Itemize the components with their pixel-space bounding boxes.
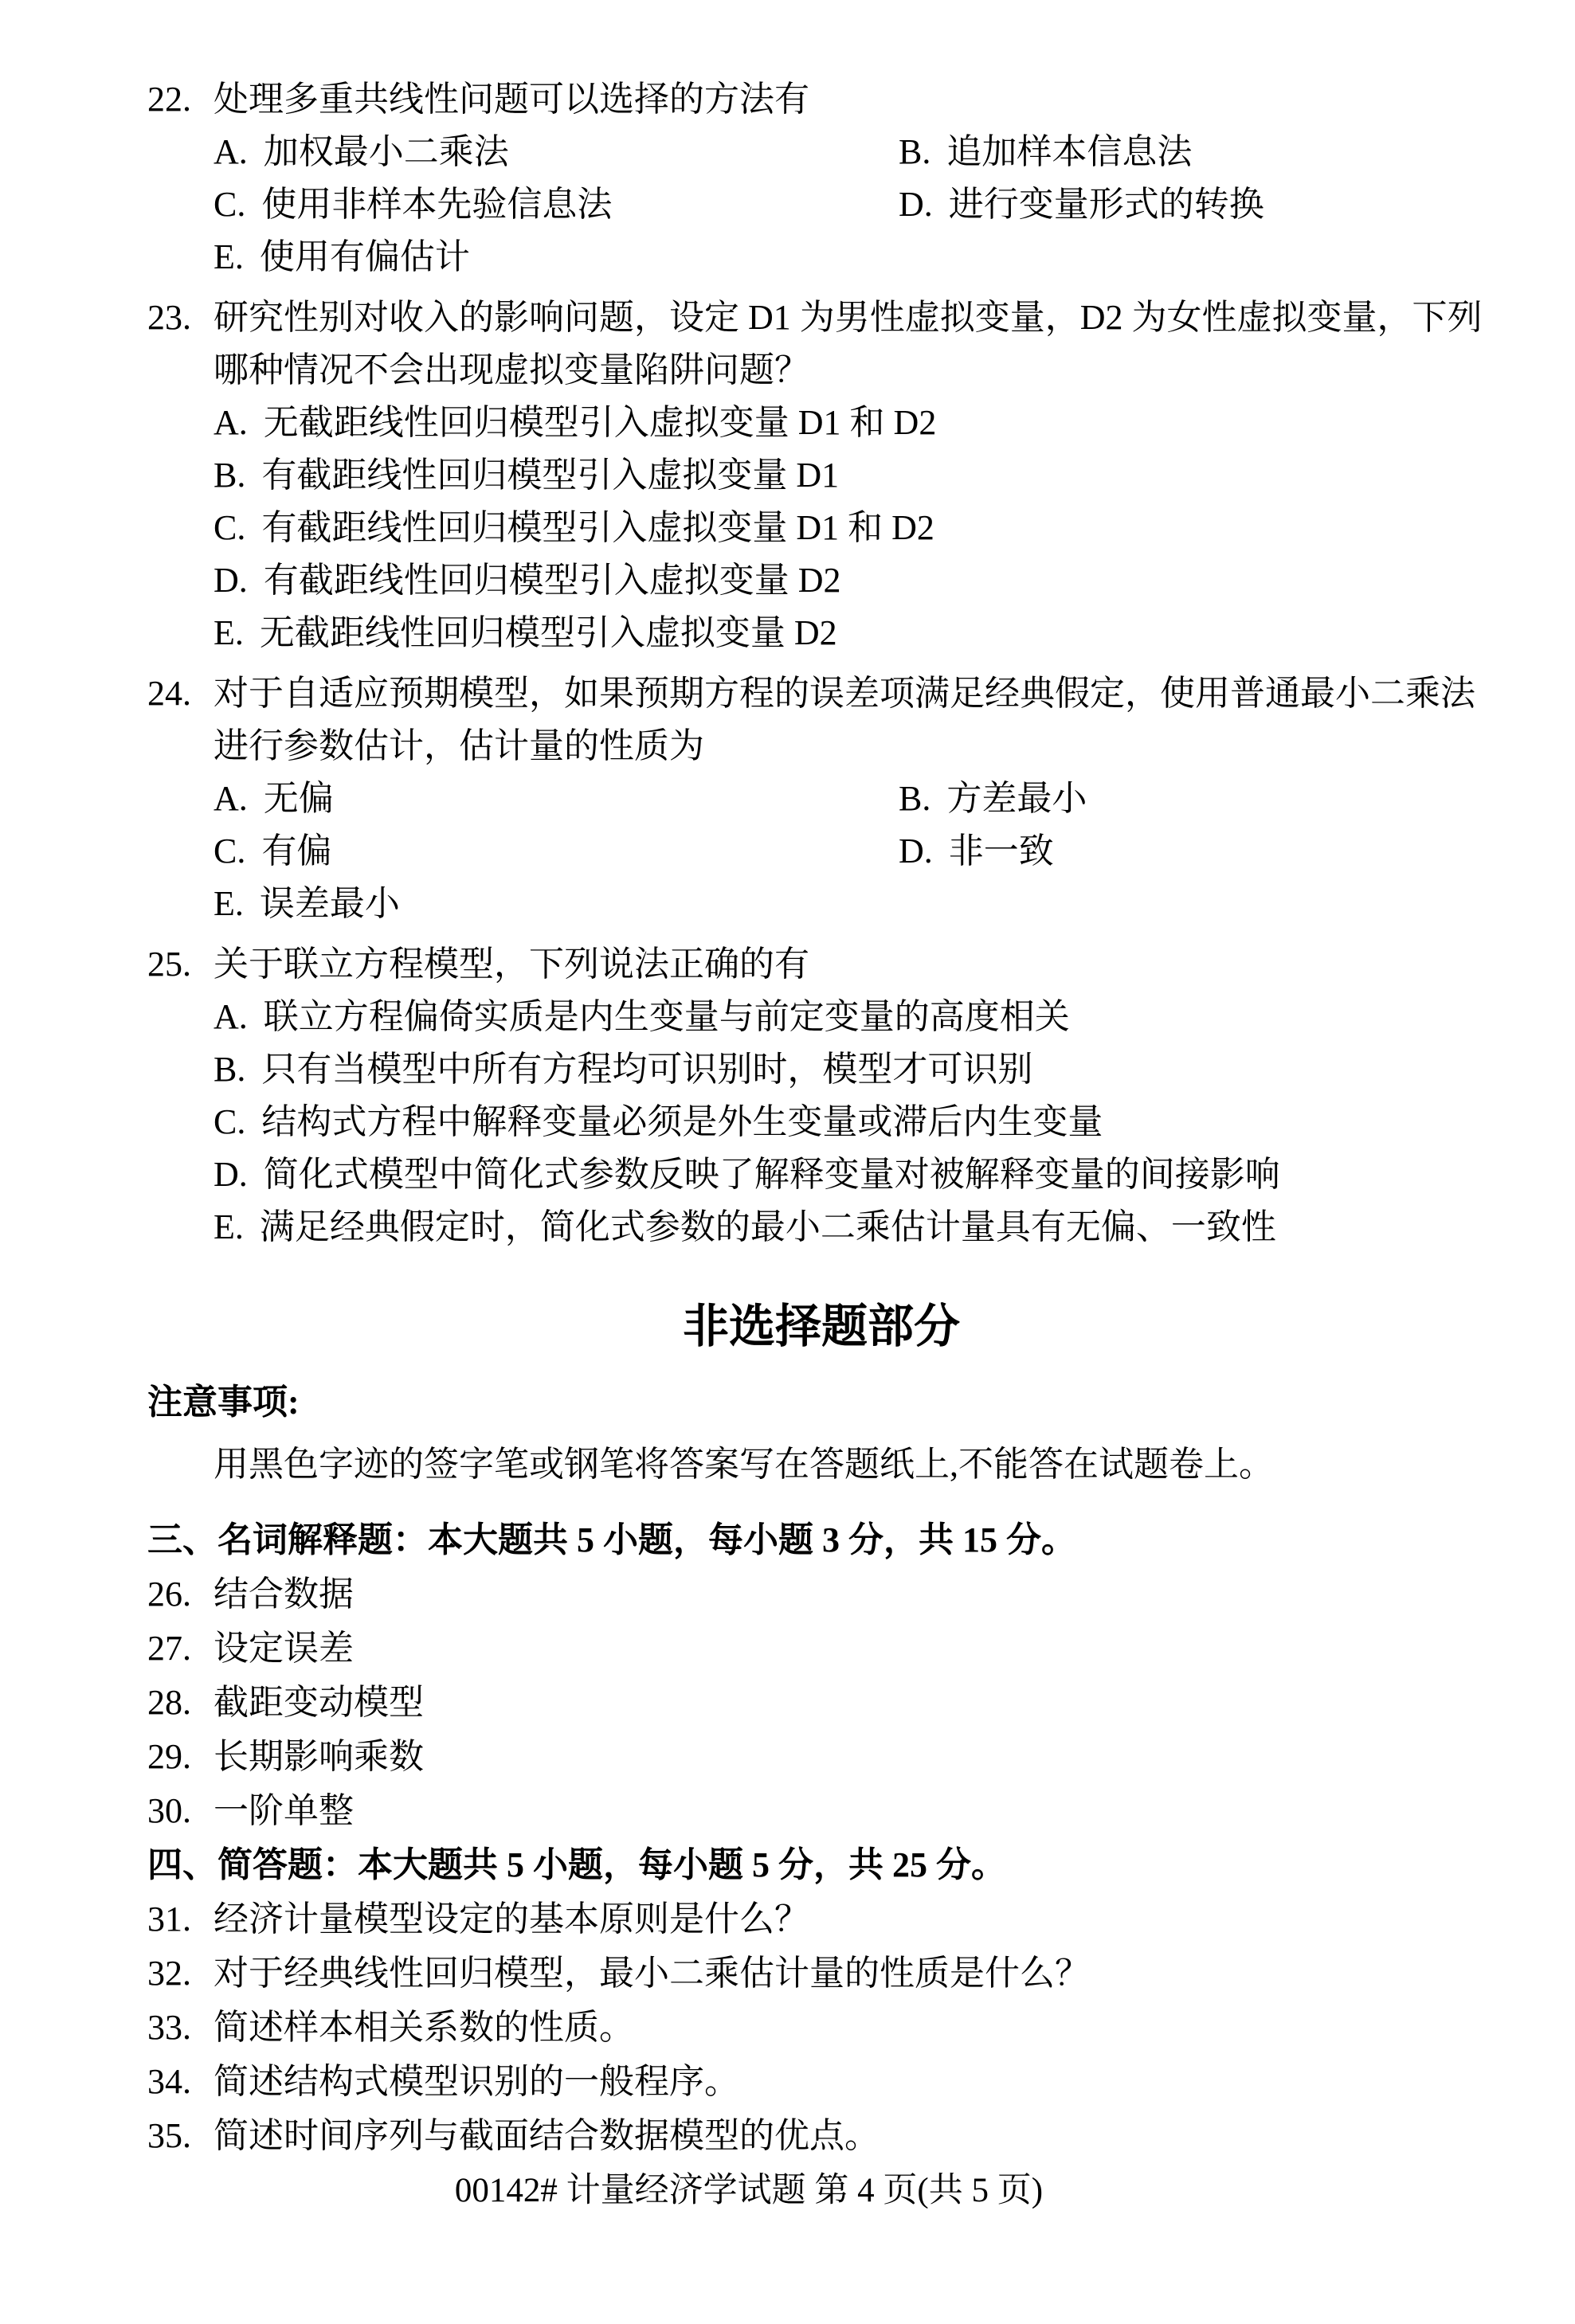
option-row: D. 有截距线性回归模型引入虚拟变量 D2 — [214, 554, 1495, 607]
option-label: A. — [214, 773, 248, 825]
list-item-34: 34. 简述结构式模型识别的一般程序。 — [147, 2055, 1495, 2109]
option-text: 加权最小二乘法 — [264, 126, 509, 178]
page-footer: 00142# 计量经济学试题 第 4 页(共 5 页) — [0, 2163, 1498, 2212]
list-item-32: 32. 对于经典线性回归模型，最小二乘估计量的性质是什么？ — [147, 1946, 1495, 2001]
option-text: 有截距线性回归模型引入虚拟变量 D2 — [264, 554, 841, 607]
option-text: 有截距线性回归模型引入虚拟变量 D1 — [261, 449, 839, 502]
option-row: C. 结构式方程中解释变量必须是外生变量或滞后内生变量 — [214, 1096, 1495, 1148]
option-d: D. 有截距线性回归模型引入虚拟变量 D2 — [214, 554, 841, 607]
question-number: 22. — [147, 73, 214, 126]
option-row: E. 误差最小 — [214, 878, 1495, 930]
option-row: C. 有偏 D. 非一致 — [214, 825, 1495, 878]
option-label: C. — [214, 178, 245, 231]
item-text: 设定误差 — [214, 1622, 354, 1676]
item-number: 31. — [147, 1892, 214, 1946]
option-text: 有偏 — [261, 825, 331, 878]
question-stem-line: 22. 处理多重共线性问题可以选择的方法有 — [147, 73, 1495, 126]
list-item-33: 33. 简述样本相关系数的性质。 — [147, 2001, 1495, 2055]
item-number: 27. — [147, 1622, 214, 1676]
option-a: A. 无截距线性回归模型引入虚拟变量 D1 和 D2 — [214, 397, 936, 449]
option-label: B. — [899, 773, 931, 825]
option-text: 有截距线性回归模型引入虚拟变量 D1 和 D2 — [261, 502, 934, 554]
option-label: E. — [214, 231, 244, 284]
option-row: A. 无截距线性回归模型引入虚拟变量 D1 和 D2 — [214, 397, 1495, 449]
item-text: 对于经典线性回归模型，最小二乘估计量的性质是什么？ — [214, 1946, 1090, 2001]
option-text: 简化式模型中简化式参数反映了解释变量对被解释变量的间接影响 — [264, 1148, 1280, 1201]
notes-title: 注意事项: — [147, 1376, 1495, 1429]
option-b: B. 有截距线性回归模型引入虚拟变量 D1 — [214, 449, 839, 502]
notes-body: 用黑色字迹的签字笔或钢笔将答案写在答题纸上,不能答在试题卷上。 — [214, 1438, 1495, 1491]
list-item-30: 30. 一阶单整 — [147, 1784, 1495, 1838]
option-text: 进行变量形式的转换 — [949, 178, 1264, 231]
option-row: E. 满足经典假定时，简化式参数的最小二乘估计量具有无偏、一致性 — [214, 1201, 1495, 1254]
question-number: 23. — [147, 291, 214, 344]
item-text: 截距变动模型 — [214, 1676, 424, 1730]
part3-section: 三、名词解释题：本大题共 5 小题，每小题 3 分，共 15 分。 26. 结合… — [147, 1513, 1495, 1838]
option-a: A. 联立方程偏倚实质是内生变量与前定变量的高度相关 — [214, 991, 1070, 1043]
question-23: 23. 研究性别对收入的影响问题，设定 D1 为男性虚拟变量，D2 为女性虚拟变… — [147, 291, 1495, 659]
option-text: 追加样本信息法 — [946, 126, 1192, 178]
option-b: B. 追加样本信息法 — [899, 126, 1192, 178]
item-number: 35. — [147, 2109, 214, 2163]
list-item-27: 27. 设定误差 — [147, 1622, 1495, 1676]
option-row: A. 联立方程偏倚实质是内生变量与前定变量的高度相关 — [214, 991, 1495, 1043]
option-text: 联立方程偏倚实质是内生变量与前定变量的高度相关 — [264, 991, 1070, 1043]
option-text: 使用有偏估计 — [260, 231, 470, 284]
item-text: 简述时间序列与截面结合数据模型的优点。 — [214, 2109, 880, 2163]
option-row: E. 使用有偏估计 — [214, 231, 1495, 284]
option-d: D. 进行变量形式的转换 — [899, 178, 1264, 231]
option-row: E. 无截距线性回归模型引入虚拟变量 D2 — [214, 607, 1495, 659]
list-item-35: 35. 简述时间序列与截面结合数据模型的优点。 — [147, 2109, 1495, 2163]
option-c: C. 使用非样本先验信息法 — [214, 178, 899, 231]
page-content: 22. 处理多重共线性问题可以选择的方法有 A. 加权最小二乘法 B. 追加样本… — [147, 73, 1495, 2163]
option-label: E. — [214, 1201, 244, 1254]
option-c: C. 结构式方程中解释变量必须是外生变量或滞后内生变量 — [214, 1096, 1103, 1148]
option-label: E. — [214, 878, 244, 930]
item-number: 29. — [147, 1730, 214, 1784]
option-label: D. — [899, 178, 933, 231]
question-stem-line: 进行参数估计，估计量的性质为 — [214, 720, 1495, 773]
option-label: C. — [214, 825, 245, 878]
option-label: B. — [214, 1043, 245, 1096]
part4-header: 四、简答题：本大题共 5 小题，每小题 5 分，共 25 分。 — [147, 1838, 1495, 1892]
option-row: B. 只有当模型中所有方程均可识别时，模型才可识别 — [214, 1043, 1495, 1096]
option-row: A. 加权最小二乘法 B. 追加样本信息法 — [214, 126, 1495, 178]
option-label: A. — [214, 397, 248, 449]
item-number: 34. — [147, 2055, 214, 2109]
option-row: C. 使用非样本先验信息法 D. 进行变量形式的转换 — [214, 178, 1495, 231]
item-number: 32. — [147, 1946, 214, 2001]
option-row: A. 无偏 B. 方差最小 — [214, 773, 1495, 825]
option-row: C. 有截距线性回归模型引入虚拟变量 D1 和 D2 — [214, 502, 1495, 554]
option-d: D. 非一致 — [899, 825, 1054, 878]
option-text: 无偏 — [264, 773, 334, 825]
list-item-26: 26. 结合数据 — [147, 1567, 1495, 1622]
question-25: 25. 关于联立方程模型，下列说法正确的有 A. 联立方程偏倚实质是内生变量与前… — [147, 938, 1495, 1254]
item-text: 一阶单整 — [214, 1784, 354, 1838]
option-label: D. — [214, 1148, 248, 1201]
item-text: 简述结构式模型识别的一般程序。 — [214, 2055, 739, 2109]
option-b: B. 方差最小 — [899, 773, 1087, 825]
part3-header: 三、名词解释题：本大题共 5 小题，每小题 3 分，共 15 分。 — [147, 1513, 1495, 1567]
option-row: D. 简化式模型中简化式参数反映了解释变量对被解释变量的间接影响 — [214, 1148, 1495, 1201]
option-e: E. 误差最小 — [214, 878, 400, 930]
option-text: 满足经典假定时，简化式参数的最小二乘估计量具有无偏、一致性 — [260, 1201, 1276, 1254]
question-stem: 研究性别对收入的影响问题，设定 D1 为男性虚拟变量，D2 为女性虚拟变量，下列 — [214, 291, 1483, 344]
option-text: 使用非样本先验信息法 — [261, 178, 612, 231]
question-24: 24. 对于自适应预期模型，如果预期方程的误差项满足经典假定，使用普通最小二乘法… — [147, 667, 1495, 930]
question-stem: 关于联立方程模型，下列说法正确的有 — [214, 938, 809, 991]
exam-page: 22. 处理多重共线性问题可以选择的方法有 A. 加权最小二乘法 B. 追加样本… — [0, 0, 1575, 2324]
item-text: 结合数据 — [214, 1567, 354, 1622]
option-text: 非一致 — [949, 825, 1054, 878]
item-number: 30. — [147, 1784, 214, 1838]
question-stem: 对于自适应预期模型，如果预期方程的误差项满足经典假定，使用普通最小二乘法 — [214, 667, 1475, 720]
question-number: 25. — [147, 938, 214, 991]
question-stem: 处理多重共线性问题可以选择的方法有 — [214, 73, 809, 126]
option-c: C. 有偏 — [214, 825, 899, 878]
option-e: E. 使用有偏估计 — [214, 231, 470, 284]
item-number: 26. — [147, 1567, 214, 1622]
item-number: 28. — [147, 1676, 214, 1730]
option-row: B. 有截距线性回归模型引入虚拟变量 D1 — [214, 449, 1495, 502]
question-stem: 哪种情况不会出现虚拟变量陷阱问题？ — [214, 344, 809, 397]
option-text: 只有当模型中所有方程均可识别时，模型才可识别 — [261, 1043, 1032, 1096]
option-b: B. 只有当模型中所有方程均可识别时，模型才可识别 — [214, 1043, 1032, 1096]
item-number: 33. — [147, 2001, 214, 2055]
question-stem-line: 哪种情况不会出现虚拟变量陷阱问题？ — [214, 344, 1495, 397]
section-title: 非选择题部分 — [147, 1295, 1495, 1359]
question-stem-line: 23. 研究性别对收入的影响问题，设定 D1 为男性虚拟变量，D2 为女性虚拟变… — [147, 291, 1495, 344]
option-label: B. — [899, 126, 931, 178]
item-text: 简述样本相关系数的性质。 — [214, 2001, 634, 2055]
question-number: 24. — [147, 667, 214, 720]
option-text: 无截距线性回归模型引入虚拟变量 D2 — [260, 607, 837, 659]
option-text: 结构式方程中解释变量必须是外生变量或滞后内生变量 — [261, 1096, 1103, 1148]
list-item-28: 28. 截距变动模型 — [147, 1676, 1495, 1730]
option-a: A. 加权最小二乘法 — [214, 126, 899, 178]
option-e: E. 无截距线性回归模型引入虚拟变量 D2 — [214, 607, 837, 659]
list-item-31: 31. 经济计量模型设定的基本原则是什么？ — [147, 1892, 1495, 1946]
option-c: C. 有截距线性回归模型引入虚拟变量 D1 和 D2 — [214, 502, 934, 554]
list-item-29: 29. 长期影响乘数 — [147, 1730, 1495, 1784]
option-label: A. — [214, 126, 248, 178]
option-label: B. — [214, 449, 245, 502]
option-label: A. — [214, 991, 248, 1043]
question-22: 22. 处理多重共线性问题可以选择的方法有 A. 加权最小二乘法 B. 追加样本… — [147, 73, 1495, 284]
option-label: C. — [214, 502, 245, 554]
option-a: A. 无偏 — [214, 773, 899, 825]
option-label: D. — [214, 554, 248, 607]
option-text: 无截距线性回归模型引入虚拟变量 D1 和 D2 — [264, 397, 937, 449]
part4-section: 四、简答题：本大题共 5 小题，每小题 5 分，共 25 分。 31. 经济计量… — [147, 1838, 1495, 2163]
option-label: C. — [214, 1096, 245, 1148]
question-stem-line: 25. 关于联立方程模型，下列说法正确的有 — [147, 938, 1495, 991]
item-text: 经济计量模型设定的基本原则是什么？ — [214, 1892, 809, 1946]
option-d: D. 简化式模型中简化式参数反映了解释变量对被解释变量的间接影响 — [214, 1148, 1280, 1201]
option-text: 误差最小 — [260, 878, 400, 930]
option-e: E. 满足经典假定时，简化式参数的最小二乘估计量具有无偏、一致性 — [214, 1201, 1276, 1254]
option-label: D. — [899, 825, 933, 878]
item-text: 长期影响乘数 — [214, 1730, 424, 1784]
option-text: 方差最小 — [946, 773, 1087, 825]
option-label: E. — [214, 607, 244, 659]
question-stem: 进行参数估计，估计量的性质为 — [214, 720, 704, 773]
question-stem-line: 24. 对于自适应预期模型，如果预期方程的误差项满足经典假定，使用普通最小二乘法 — [147, 667, 1495, 720]
